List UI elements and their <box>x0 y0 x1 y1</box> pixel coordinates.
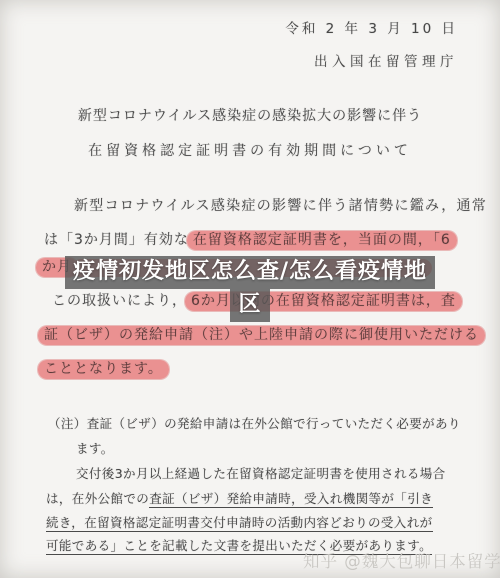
note-line1: （注）査証（ビザ）の発給申請は在外公館で行っていただく必要があり <box>48 416 461 433</box>
note-line2: ます。 <box>76 441 114 458</box>
caption-line2-wrap: 区 <box>0 289 500 322</box>
caption-overlay: 疫情初发地区怎么查/怎么看疫情地 区 <box>0 256 500 322</box>
document-title-line1: 新型コロナウイルス感染症の感染拡大の影響に伴う <box>0 107 500 126</box>
highlighted-text: 在留資格認定証明書を，当面の間，「6 <box>187 231 457 250</box>
note-detail-line2: は，在外公館での査証（ビザ）発給申請時，受入れ機関等が「引き <box>46 491 433 508</box>
issuing-agency: 出入国在留管理庁 <box>314 53 458 71</box>
document-date: 令和 2 年 3 月 10 日 <box>285 20 458 38</box>
caption-overlay-text-line2: 区 <box>230 289 269 322</box>
underlined-text: 続き，在留資格認定証明書交付申請時の活動内容どおりの受入れが <box>46 515 433 532</box>
caption-line1-wrap: 疫情初发地区怎么查/怎么看疫情地 <box>0 256 500 289</box>
note-detail-line1: 交付後3か月以上経過した在留資格認定証明書を使用される場合 <box>76 466 446 483</box>
underlined-text: 査証（ビザ）発給申請時，受入れ機関等が「引き <box>149 491 433 508</box>
document-title-line2: 在留資格認定証明書の有効期間について <box>0 142 500 161</box>
document-page: 令和 2 年 3 月 10 日 出入国在留管理庁 新型コロナウイルス感染症の感染… <box>0 0 500 578</box>
note-detail-line3: 続き，在留資格認定証明書交付申請時の活動内容どおりの受入れが <box>46 515 433 532</box>
paragraph1-line2: は「3か月間」有効な在留資格認定証明書を，当面の間，「6 <box>44 231 455 250</box>
paragraph2-line2: 証（ビザ）の発給申請（注）や上陸申請の際に御使用いただける <box>40 326 483 345</box>
paragraph2-line3: こととなります。 <box>40 360 167 379</box>
paragraph1-line2-plain: は「3か月間」有効な <box>44 232 189 248</box>
note-detail-line2-plain: は，在外公館での <box>46 491 149 506</box>
zhihu-watermark: 知乎 @魏大包聊日本留学 <box>303 548 500 572</box>
highlighted-text: こととなります。 <box>38 360 169 379</box>
paragraph1-line1: 新型コロナウイルス感染症の影響に伴う諸情勢に鑑み，通常 <box>74 197 487 216</box>
highlighted-text: 証（ビザ）の発給申請（注）や上陸申請の際に御使用いただける <box>38 326 485 345</box>
caption-overlay-text-line1: 疫情初发地区怎么查/怎么看疫情地 <box>65 256 435 289</box>
